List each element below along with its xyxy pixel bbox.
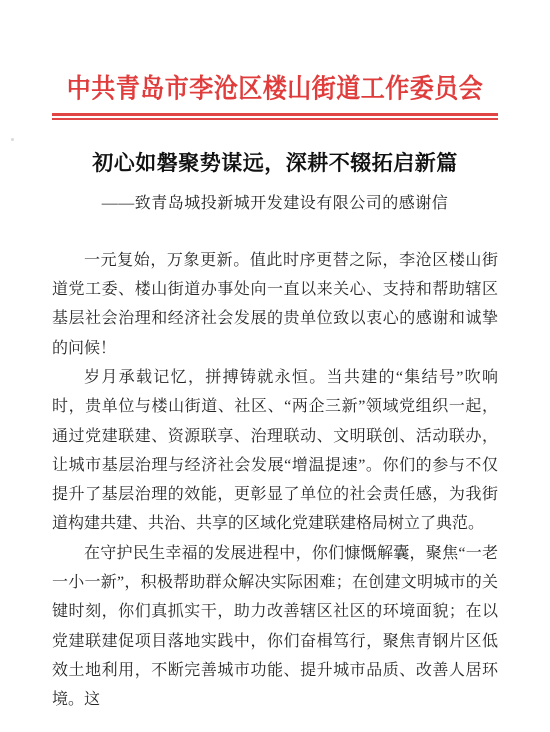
letter-paragraph: 岁月承载记忆，拼搏铸就永恒。当共建的“集结号”吹响时，贵单位与楼山街道、社区、“…: [52, 363, 498, 539]
letter-subtitle: ——致青岛城投新城开发建设有限公司的感谢信: [0, 190, 550, 213]
letterhead: 中共青岛市李沧区楼山街道工作委员会: [0, 74, 550, 120]
letter-paragraph: 在守护民生幸福的发展进程中，你们慷慨解囊，聚焦“一老一小一新”，积极帮助群众解决…: [52, 539, 498, 715]
letter-title: 初心如磐聚势谋远，深耕不辍拓启新篇: [0, 147, 550, 177]
rule-bottom-line: [52, 118, 498, 120]
scanned-letter-page: 中共青岛市李沧区楼山街道工作委员会 初心如磐聚势谋远，深耕不辍拓启新篇 ——致青…: [0, 0, 550, 732]
letterhead-org-name: 中共青岛市李沧区楼山街道工作委员会: [0, 74, 550, 106]
letter-paragraph: 一元复始，万象更新。值此时序更替之际，李沧区楼山街道党工委、楼山街道办事处向一直…: [52, 246, 498, 363]
scan-artifact-speck: [11, 138, 14, 141]
letter-body: 一元复始，万象更新。值此时序更替之际，李沧区楼山街道党工委、楼山街道办事处向一直…: [0, 246, 550, 715]
letterhead-double-rule: [52, 113, 498, 120]
